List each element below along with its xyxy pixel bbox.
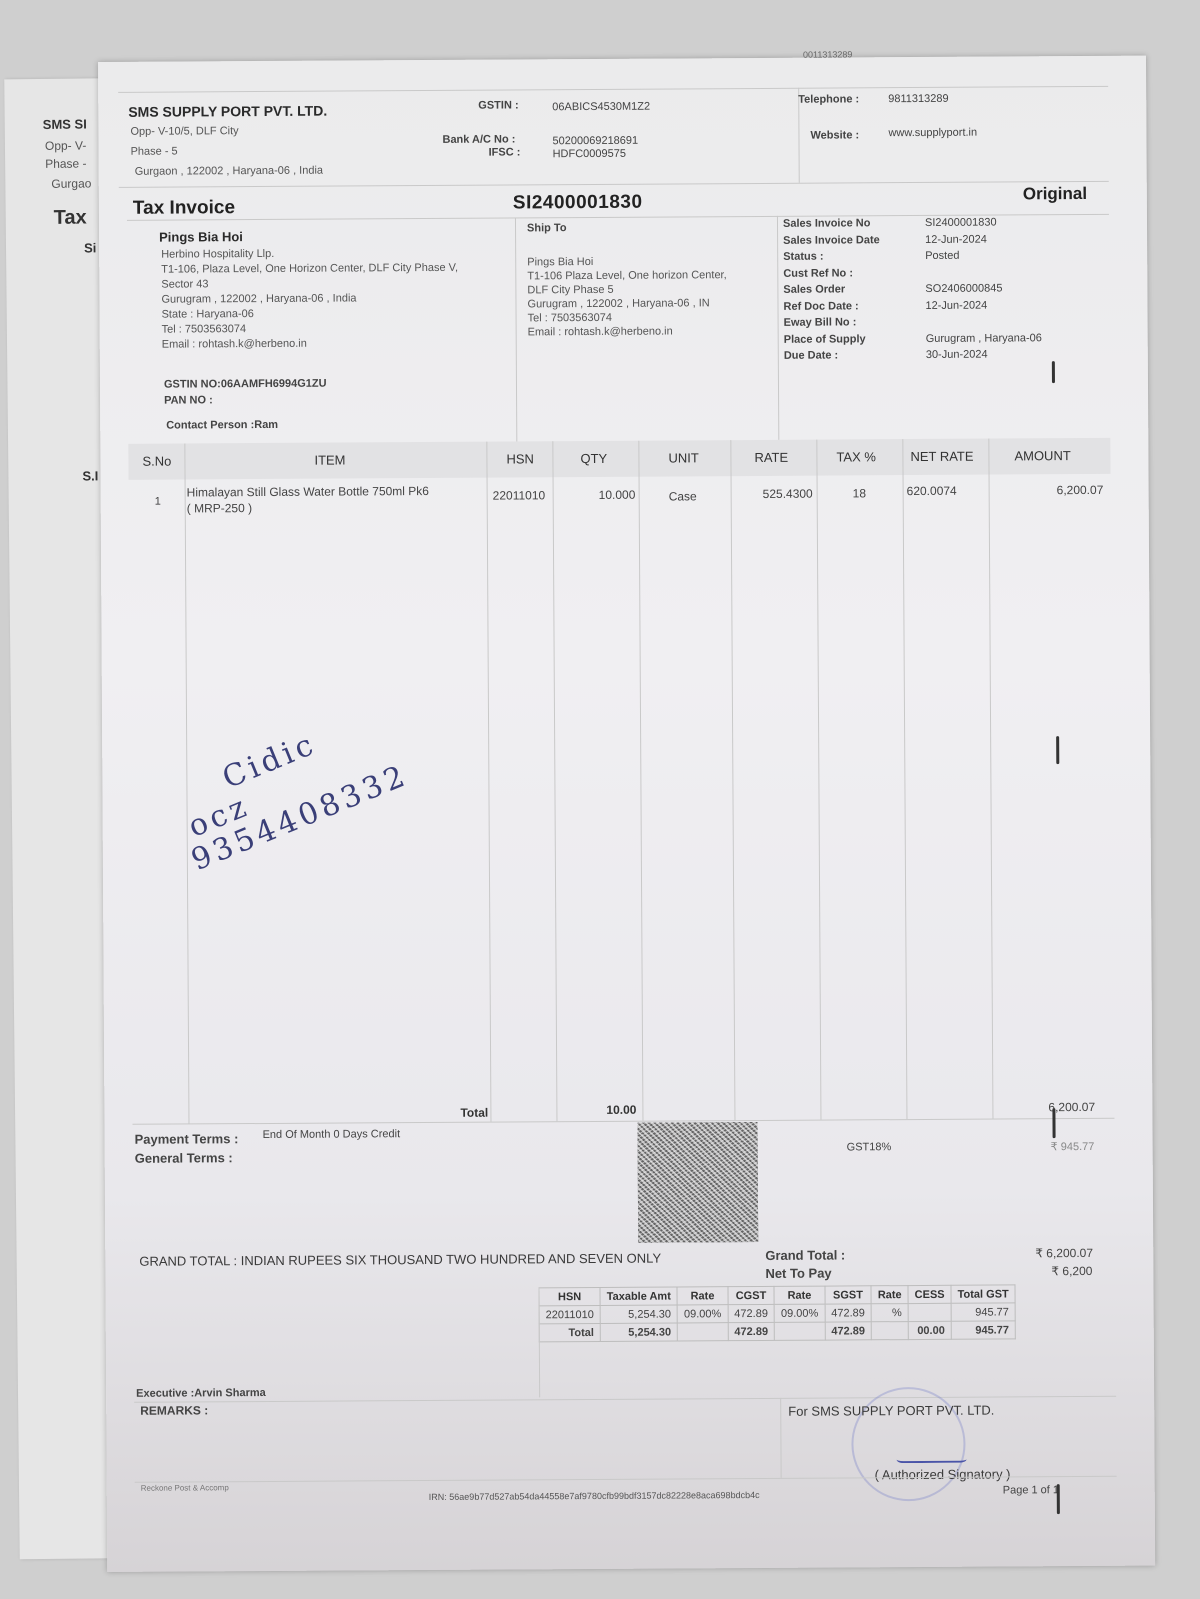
bill-to-address: Herbino Hospitality Llp.T1-106, Plaza Le… [161,246,458,353]
gst-header-cell: Total GST [951,1285,1015,1303]
meta-label: Status : [783,251,823,263]
gst-cell: % [871,1304,908,1322]
meta-row: Status :Posted [783,249,1103,267]
row-unit: Case [669,489,697,503]
authorized-signatory: ( Authorized Signatory ) [875,1466,1011,1482]
meta-value: SO2406000845 [925,282,1002,294]
ship-to-line: DLF City Phase 5 [527,282,726,297]
col-tax: TAX % [836,449,876,464]
gst-cell: 5,254.30 [600,1323,677,1341]
seller-ifsc: HDFC0009575 [553,148,626,160]
meta-label: Place of Supply [784,333,866,346]
meta-row: Place of SupplyGurugram , Haryana-06 [784,331,1104,349]
executive-name: Executive :Arvin Sharma [136,1387,266,1400]
gst-header-cell: CGST [728,1286,775,1304]
meta-label: Eway Bill No : [784,316,857,328]
ifsc-label: IFSC : [489,146,521,158]
meta-label: Cust Ref No : [783,267,853,279]
back-sno: S.I [82,468,98,483]
gst-cell: 472.89 [728,1304,775,1322]
general-terms-label: General Terms : [135,1150,233,1166]
ship-to-line: Tel : 7503563074 [528,310,727,325]
ship-to-line: Email : rohtash.k@herbeno.in [528,324,727,339]
meta-row: Cust Ref No : [783,265,1103,283]
row-net-rate: 620.0074 [907,484,957,498]
col-unit: UNIT [668,450,698,465]
gst-cell [871,1322,908,1340]
gst-cell [774,1322,824,1340]
bill-to-pan: PAN NO : [164,394,213,406]
col-qty: QTY [580,451,607,466]
total-label: Total [460,1106,488,1120]
qr-code [637,1122,758,1243]
meta-value: Gurugram , Haryana-06 [926,332,1042,345]
seller-bank: 50200069218691 [552,135,638,148]
payment-terms-value: End Of Month 0 Days Credit [263,1128,401,1141]
gst-cell: 945.77 [951,1321,1015,1339]
seller-gstin: 06ABICS4530M1Z2 [552,101,650,114]
gst-cell: Total [539,1323,600,1341]
copy-type: Original [1023,184,1087,204]
gst-cell: 945.77 [951,1303,1015,1321]
gst-header-cell: Rate [774,1286,824,1304]
page-number: Page 1 of 1 [1003,1484,1059,1496]
pen-mark [1056,736,1059,764]
bill-to-gstin: GSTIN NO:06AAMFH6994G1ZU [164,378,327,391]
website-label: Website : [810,129,859,141]
gst-cell: 22011010 [539,1305,600,1323]
back-line: Phase - [45,156,87,170]
document-title: Tax Invoice [133,197,235,220]
row-hsn: 22011010 [493,488,546,502]
gst-cell [908,1303,951,1321]
col-sno: S.No [142,454,171,469]
invoice-meta: Sales Invoice NoSI2400001830Sales Invoic… [783,216,1104,366]
col-item: ITEM [314,452,345,467]
meta-row: Ref Doc Date :12-Jun-2024 [783,298,1103,316]
software-credit: Reckone Post & Accomp [141,1483,229,1493]
gst-header-cell: Taxable Amt [600,1287,677,1305]
row-tax: 18 [853,486,866,500]
gst-table-row: Total5,254.30472.89472.8900.00945.77 [539,1321,1015,1342]
ship-to-line: Pings Bia Hoi [527,254,726,269]
meta-value: 30-Jun-2024 [926,349,988,361]
irn-number: IRN: 56ae9b77d527ab54da44558e7af9780cfb9… [429,1490,760,1502]
gst-summary-value: ₹ 945.77 [1051,1140,1095,1153]
seller-address-line: Opp- V-10/5, DLF City [130,125,238,138]
back-bill: Si [84,240,96,255]
meta-label: Sales Order [783,283,845,295]
bill-to-line: Email : rohtash.k@herbeno.in [162,336,459,353]
gst-cell: 472.89 [728,1322,775,1340]
gst-cell [678,1323,728,1341]
meta-label: Sales Invoice No [783,217,871,230]
gst-cell: 09.00% [677,1305,727,1323]
pen-mark [1052,1108,1055,1138]
items-table-header: S.No ITEM HSN QTY UNIT RATE TAX % NET RA… [128,438,1110,480]
seller-address-line: Phase - 5 [131,146,178,158]
remarks-label: REMARKS : [140,1403,208,1417]
gst-cell: 5,254.30 [600,1305,677,1323]
pen-mark [1057,1484,1060,1514]
bill-to-name: Pings Bia Hoi [159,229,243,245]
net-to-pay-value: ₹ 6,200 [1051,1264,1092,1278]
meta-label: Ref Doc Date : [783,300,858,312]
ship-to-heading: Ship To [527,222,567,234]
back-company: SMS SI [43,116,87,131]
gst-breakup-table: HSNTaxable AmtRateCGSTRateSGSTRateCESSTo… [538,1284,1016,1342]
back-title: Tax [54,206,87,229]
grand-total-in-words: GRAND TOTAL : INDIAN RUPEES SIX THOUSAND… [139,1251,661,1269]
seller-address-line: Gurgaon , 122002 , Haryana-06 , India [135,165,323,178]
grand-total-value: ₹ 6,200.07 [1035,1246,1093,1260]
gst-cell: 472.89 [825,1304,872,1322]
meta-value: SI2400001830 [925,217,997,229]
invoice-number: SI2400001830 [513,192,643,215]
row-item: Himalayan Still Glass Water Bottle 750ml… [187,484,429,499]
gst-header-cell: CESS [908,1285,951,1303]
meta-row: Eway Bill No : [784,315,1104,333]
net-to-pay-label: Net To Pay [765,1266,831,1281]
telephone-label: Telephone : [798,93,859,105]
ship-to-line: Gurugram , 122002 , Haryana-06 , IN [527,296,726,311]
row-rate: 525.4300 [763,487,813,501]
gst-header-cell: Rate [677,1287,727,1305]
gst-cell: 09.00% [774,1304,824,1322]
invoice-page: 0011313289 SMS SUPPLY PORT PVT. LTD. Opp… [98,56,1155,1572]
meta-row: Sales OrderSO2406000845 [783,282,1103,300]
for-company-label: For SMS SUPPLY PORT PVT. LTD. [788,1403,994,1419]
row-item-sub: ( MRP-250 ) [187,501,252,515]
bank-label: Bank A/C No : [442,133,515,145]
payment-terms-label: Payment Terms : [135,1131,239,1147]
col-amount: AMOUNT [1014,448,1070,463]
row-qty: 10.000 [599,488,636,502]
gst-header-cell: HSN [539,1287,600,1305]
seller-name: SMS SUPPLY PORT PVT. LTD. [128,103,327,120]
contact-person: Contact Person :Ram [166,419,278,432]
gst-cell: 00.00 [908,1321,951,1339]
meta-row: Sales Invoice Date12-Jun-2024 [783,232,1103,250]
ship-to-address: Pings Bia HoiT1-106 Plaza Level, One hor… [527,254,727,339]
seller-website[interactable]: www.supplyport.in [888,127,977,140]
meta-label: Due Date : [784,349,838,361]
meta-value: 12-Jun-2024 [925,299,987,311]
grand-total-label: Grand Total : [765,1247,845,1262]
back-line: Opp- V- [45,138,87,152]
meta-value: Posted [925,250,959,262]
row-sno: 1 [155,496,161,508]
meta-label: Sales Invoice Date [783,234,880,247]
bill-to-line: T1-106, Plaza Level, One Horizon Center,… [161,261,458,278]
gst-summary-label: GST18% [847,1141,892,1153]
gst-cell: 472.89 [825,1322,872,1340]
gstin-label: GSTIN : [478,99,518,111]
top-reference: 0011313289 [803,49,852,59]
col-hsn: HSN [506,451,534,466]
total-qty: 10.00 [606,1103,636,1117]
pen-mark [1052,361,1055,383]
handwritten-note: Cidic ocz 9354408332 [163,701,413,878]
meta-value: 12-Jun-2024 [925,233,987,245]
meta-row: Sales Invoice NoSI2400001830 [783,216,1103,234]
meta-row: Due Date :30-Jun-2024 [784,348,1104,366]
back-line: Gurgao [51,176,91,190]
ship-to-line: T1-106 Plaza Level, One horizon Center, [527,268,726,283]
gst-header-cell: SGST [825,1286,872,1304]
seller-telephone: 9811313289 [888,93,948,105]
table-row: 1 Himalayan Still Glass Water Bottle 750… [98,56,1146,62]
col-rate: RATE [754,450,788,465]
row-amount: 6,200.07 [1057,483,1104,497]
col-net-rate: NET RATE [910,449,973,464]
gst-header-cell: Rate [871,1286,908,1304]
